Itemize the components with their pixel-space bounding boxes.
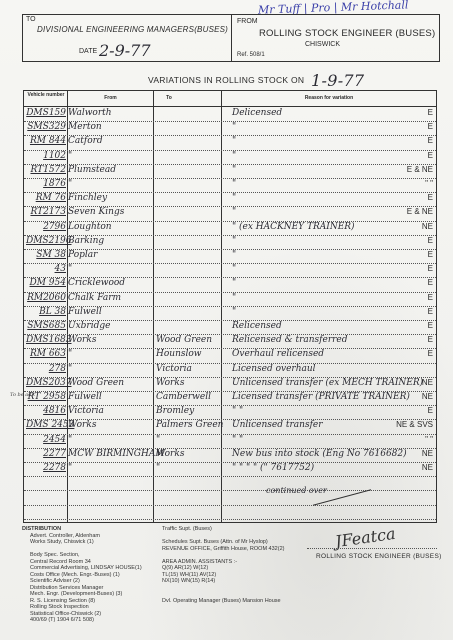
distribution-item: 400/69 (T) 1904 6/71 508) <box>22 617 142 624</box>
classification-code: E <box>428 151 433 160</box>
from-garage: Poplar <box>68 250 152 260</box>
vehicle-number: 1102 <box>26 151 66 161</box>
classification-code: NE <box>422 378 433 387</box>
to-garage: Works <box>156 378 224 388</box>
reason: " <box>232 151 392 161</box>
classification-code: E <box>428 293 433 302</box>
vehicle-number: SMS685 <box>26 321 66 331</box>
table-row: DMS 2453WorksPalmers GreenUnlicensed tra… <box>24 419 436 434</box>
table-row: RT1572Plumstead"E & NE <box>24 164 436 179</box>
to-garage: Wood Green <box>156 335 224 345</box>
vehicle-number: 2796 <box>26 222 66 232</box>
vehicle-number: SM 38 <box>26 250 66 260</box>
distribution-item: Schedules Supt. Buses (Attn. of Mr Hyslo… <box>162 539 284 546</box>
col-header-from: From <box>68 95 153 101</box>
vehicle-number: DM 954 <box>26 278 66 288</box>
from-label: FROM <box>237 18 258 25</box>
page-title: VARIATIONS IN ROLLING STOCK ON 1-9-77 <box>148 68 364 87</box>
from-garage: Loughton <box>68 222 152 232</box>
reason: Overhaul relicensed <box>232 349 392 359</box>
reason: Delicensed <box>232 108 392 118</box>
table-row: BL 38Fulwell"E <box>24 306 436 321</box>
date-label: DATE <box>79 48 97 55</box>
distribution-item: Commercial Advertising, LINDSAY HOUSE(1) <box>22 565 142 572</box>
vehicle-number: DMS2037 <box>26 378 66 388</box>
classification-code: E <box>428 250 433 259</box>
reason: " <box>232 293 392 303</box>
vehicle-number: 2277 <box>26 449 66 459</box>
table-row: 1102""E <box>24 150 436 165</box>
classification-code: E <box>428 307 433 316</box>
col-header-reason: Reason for variation <box>222 95 436 101</box>
table-row: 4816VictoriaBromley" "E <box>24 405 436 420</box>
reason: New bus into stock (Eng No 7616682) <box>232 449 392 459</box>
vehicle-number: RM 663 <box>26 349 66 359</box>
table-row: 1876""" " <box>24 178 436 193</box>
classification-code: E & NE <box>407 165 433 174</box>
distribution-list-left: DISTRIBUTION Advert. Controller, Aldenha… <box>22 526 142 624</box>
distribution-list-right: Traffic Supt. (Buses)Schedules Supt. Bus… <box>162 526 284 604</box>
table-row: RM 76Finchley"E <box>24 192 436 207</box>
from-garage: Plumstead <box>68 165 152 175</box>
classification-code: NE <box>422 392 433 401</box>
reason: " <box>232 136 392 146</box>
vehicle-number: 2454 <box>26 435 66 445</box>
classification-code: E <box>428 349 433 358</box>
table-row: SMS685UxbridgeRelicensedE <box>24 320 436 335</box>
header-divider <box>231 15 232 61</box>
from-garage: Walworth <box>68 108 152 118</box>
table-row <box>24 505 436 520</box>
from-garage: " <box>68 463 152 473</box>
table-row <box>24 476 436 491</box>
from-garage: " <box>68 364 152 374</box>
table-row: SM 38Poplar"E <box>24 249 436 264</box>
to-garage: Bromley <box>156 406 224 416</box>
from-garage: Cricklewood <box>68 278 152 288</box>
vehicle-number: 2278 <box>26 463 66 473</box>
table-header: Vehicle number From To Reason for variat… <box>24 91 436 107</box>
classification-code: NE <box>422 222 433 231</box>
classification-code: " " <box>425 435 433 444</box>
classification-code: NE <box>422 449 433 458</box>
reason: Unlicensed transfer (ex MECH TRAINER) <box>232 378 392 388</box>
from-garage: MCW BIRMINGHAM <box>68 449 152 459</box>
table-row: DMS1683WorksWood GreenRelicensed & trans… <box>24 334 436 349</box>
title-text: VARIATIONS IN ROLLING STOCK ON <box>148 75 304 85</box>
from-garage: " <box>68 151 152 161</box>
to-garage: Camberwell <box>156 392 224 402</box>
vehicle-number: DMS1683 <box>26 335 66 345</box>
reason: " (ex HACKNEY TRAINER) <box>232 222 392 232</box>
classification-code: E <box>428 278 433 287</box>
table-row: SMS329Merton"E <box>24 121 436 136</box>
table-row: 2278""" " " " (" 7617752)NE <box>24 462 436 477</box>
vehicle-number: 278 <box>26 364 66 374</box>
vehicle-number: 4816 <box>26 406 66 416</box>
classification-code: E <box>428 108 433 117</box>
classification-code: E <box>428 321 433 330</box>
reason: Unlicensed transfer <box>232 420 392 430</box>
title-date: 1-9-77 <box>311 71 364 90</box>
from-garage: Finchley <box>68 193 152 203</box>
classification-code: NE <box>422 463 433 472</box>
memo-header: TO DIVISIONAL ENGINEERING MANAGERS(BUSES… <box>22 14 440 62</box>
table-row: RM2060Chalk Farm"E <box>24 292 436 307</box>
sender: ROLLING STOCK ENGINEER (BUSES) <box>259 28 435 39</box>
table-row: RT2173Seven Kings"E & NE <box>24 206 436 221</box>
table-row <box>24 490 436 505</box>
signature-line <box>307 548 437 549</box>
from-garage: Catford <box>68 136 152 146</box>
vehicle-number: RM 844 <box>26 136 66 146</box>
vehicle-number: RM2060 <box>26 293 66 303</box>
to-garage: " <box>156 435 224 445</box>
reason: " " " " (" 7617752) <box>232 463 392 473</box>
vehicle-number: RM 76 <box>26 193 66 203</box>
from-garage: Fulwell <box>68 307 152 317</box>
from-garage: Fulwell <box>68 392 152 402</box>
reason: Licensed transfer (PRIVATE TRAINER) <box>232 392 392 402</box>
continued-note: continued over <box>266 486 327 495</box>
reason: " <box>232 165 392 175</box>
from-garage: Wood Green <box>68 378 152 388</box>
from-garage: Works <box>68 420 152 430</box>
classification-code: E <box>428 193 433 202</box>
vehicle-number: 1876 <box>26 179 66 189</box>
to-label: TO <box>26 16 36 23</box>
distribution-item: REVENUE OFFICE, Griffith House, ROOM 432… <box>162 546 284 553</box>
table-row: 278"VictoriaLicensed overhaul <box>24 363 436 378</box>
reason: " <box>232 122 392 132</box>
table-row: DMS159WalworthDelicensedE <box>24 107 436 122</box>
reason: " " <box>232 435 392 445</box>
table-row: RM 663"HounslowOverhaul relicensedE <box>24 348 436 363</box>
memo-date: 2-9-77 <box>99 41 151 60</box>
reason: " <box>232 236 392 246</box>
from-garage: " <box>68 435 152 445</box>
table-row: 2796Loughton" (ex HACKNEY TRAINER)NE <box>24 221 436 236</box>
reason: " <box>232 278 392 288</box>
table-row: DMS2196Barking"E <box>24 235 436 250</box>
vehicle-number: DMS2196 <box>26 236 66 246</box>
recipient: DIVISIONAL ENGINEERING MANAGERS(BUSES) <box>37 25 228 34</box>
reason: " <box>232 307 392 317</box>
classification-code: E <box>428 236 433 245</box>
classification-code: E <box>428 335 433 344</box>
table-row: DM 954Cricklewood"E <box>24 277 436 292</box>
vehicle-number: SMS329 <box>26 122 66 132</box>
from-garage: Uxbridge <box>68 321 152 331</box>
from-garage: Barking <box>68 236 152 246</box>
to-garage: Victoria <box>156 364 224 374</box>
distribution-item: Dvl. Operating Manager (Buses) Mansion H… <box>162 598 284 605</box>
vehicle-number: RT2173 <box>26 207 66 217</box>
col-header-to: To <box>154 95 184 101</box>
table-row: RT 2958FulwellCamberwellLicensed transfe… <box>24 391 436 406</box>
table-row: RM 844Catford"E <box>24 135 436 150</box>
classification-code: E & NE <box>407 207 433 216</box>
from-garage: " <box>68 349 152 359</box>
to-garage: " <box>156 463 224 473</box>
table-row: 2454""" "" " <box>24 434 436 449</box>
col-header-vehicle: Vehicle number <box>26 92 66 98</box>
classification-code: E <box>428 136 433 145</box>
vehicle-number: DMS159 <box>26 108 66 118</box>
classification-code: E <box>428 406 433 415</box>
from-garage: " <box>68 264 152 274</box>
signature-title: ROLLING STOCK ENGINEER (BUSES) <box>316 553 442 560</box>
from-garage: Merton <box>68 122 152 132</box>
from-garage: Chalk Farm <box>68 293 152 303</box>
classification-code: " " <box>425 179 433 188</box>
classification-code: E <box>428 122 433 131</box>
table-row: DMS2037Wood GreenWorksUnlicensed transfe… <box>24 377 436 392</box>
reason: " <box>232 207 392 217</box>
to-garage: Palmers Green <box>156 420 224 430</box>
from-garage: Victoria <box>68 406 152 416</box>
reason: " " <box>232 406 392 416</box>
from-garage: Works <box>68 335 152 345</box>
vehicle-number: BL 38 <box>26 307 66 317</box>
reason: " <box>232 179 392 189</box>
vehicle-number: 43 <box>26 264 66 274</box>
reason: Relicensed & transferred <box>232 335 392 345</box>
vehicle-number: RT1572 <box>26 165 66 175</box>
to-garage: Works <box>156 449 224 459</box>
to-garage: Hounslow <box>156 349 224 359</box>
reason: Licensed overhaul <box>232 364 392 374</box>
reason: Relicensed <box>232 321 392 331</box>
table-row: 43""E <box>24 263 436 278</box>
reason: " <box>232 193 392 203</box>
vehicle-number: DMS 2453 <box>26 420 66 430</box>
margin-note: To be adv. <box>10 392 35 398</box>
reference-number: Ref. 508/1 <box>237 52 265 58</box>
from-garage: " <box>68 179 152 189</box>
reason: " <box>232 250 392 260</box>
classification-code: E <box>428 264 433 273</box>
reason: " <box>232 264 392 274</box>
document-page: Mr Tuff | Pro | Mr Hotchall TO DIVISIONA… <box>0 0 453 640</box>
variations-table: Vehicle number From To Reason for variat… <box>23 90 437 523</box>
from-garage: Seven Kings <box>68 207 152 217</box>
table-row: 2277MCW BIRMINGHAMWorksNew bus into stoc… <box>24 448 436 463</box>
classification-code: NE & SVS <box>396 420 433 429</box>
sender-location: CHISWICK <box>305 41 340 48</box>
